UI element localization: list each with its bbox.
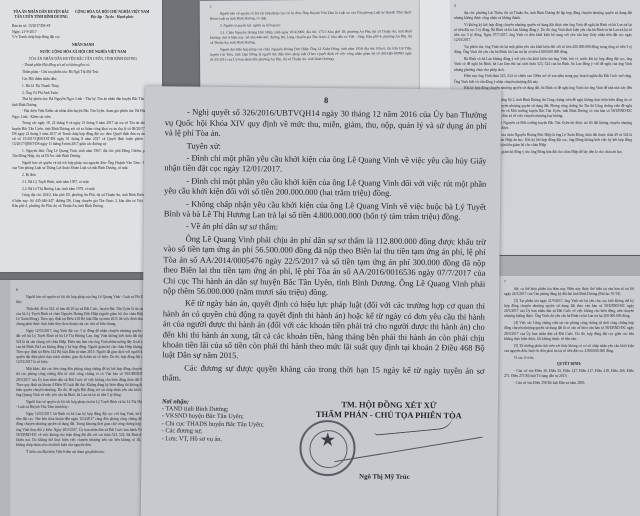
court-name: TÒA ÁN NHÂN DÂN HUYỆN BẮC TÂN UYÊN TỈNH … bbox=[12, 10, 70, 20]
national-heading: CỘNG HÒA XÃ HỘI CHỦ NGHĨA VIỆT NAM Độc l… bbox=[70, 10, 154, 20]
paragraph: Ý kiến của Đại diện Viện Kiểm sát tham g… bbox=[16, 450, 154, 455]
juror-2: 2. Ông Võ Phi Anh Tuấn. bbox=[12, 91, 154, 96]
case-subject: V/v Tranh chấp hợp đồng đặt cọc bbox=[12, 35, 154, 40]
in-name-subheading: NƯỚC CỘNG HÒA XÃ HỘI CHỦ NGHĨA VIỆT NAM bbox=[12, 50, 154, 55]
paragraph: địa chỉ: phường Lái Thiêu, thị xã Thuận … bbox=[454, 11, 632, 21]
court-fee-heading: - Về án phí dân sự sơ thẩm: bbox=[164, 222, 486, 236]
paragraph: Người đại diện hợp pháp của cháu Nguyễn … bbox=[210, 46, 412, 63]
underlying-page-edge bbox=[0, 280, 10, 516]
paragraph: Thửa đất 49 và 524, tờ bản đồ 20 tại xã … bbox=[16, 307, 154, 328]
plaintiff: 1. Nguyên đơn: Ông Lê Quang Vinh, sinh n… bbox=[12, 149, 154, 159]
juror-1: 1. Bà Lê Thị Thanh Thủy; bbox=[12, 84, 154, 89]
judgment-page-2: 2 Người bảo vệ quyền và lợi ích hợp pháp… bbox=[200, 0, 423, 101]
paragraph: 3. Người có quyền lợi, nghĩa vụ liên qua… bbox=[210, 22, 412, 29]
page-number: 8 bbox=[165, 94, 487, 108]
paragraph: [3] Tại phiên tòa ngày 21/9/2017, ông Vi… bbox=[504, 299, 634, 320]
presiding-judge: Thẩm phán - Chủ tọa phiên tòa: Bà Ngô Th… bbox=[12, 70, 154, 75]
recipient: - Lưu: VT, Hồ sơ vụ án. bbox=[162, 435, 292, 444]
judgment-page-6: 6 Người bảo vệ quyền và lợi ích hợp pháp… bbox=[0, 280, 158, 516]
paragraph: Người bảo vệ quyền và lợi ích hợp pháp c… bbox=[16, 400, 154, 410]
page-number: 2 bbox=[210, 3, 412, 10]
page-number: 6 bbox=[16, 288, 154, 293]
paragraph: thể, cụ thể hiệu phiên tòa hôm nay. Điều… bbox=[504, 287, 634, 297]
page-number: 3 bbox=[454, 4, 632, 9]
signatory: TM. HỘI ĐỒNG XÉT XỬ THẨM PHÁN - CHỦ TỌA … bbox=[294, 399, 484, 445]
paragraph: [4] Việc các Công chứng viên tại các phò… bbox=[504, 321, 634, 342]
court-full-name: TÒA ÁN NHÂN DÂN HUYỆN BẮC TÂN UYÊN, TỈNH… bbox=[12, 57, 154, 62]
prosecutor: - Đại diện Viện Kiểm sát nhân dân huyện … bbox=[12, 109, 154, 119]
case-meta: Bản án số: 15/2017/DS-ST Ngày: 21-9-2017… bbox=[12, 24, 154, 40]
paragraph: Ngày 12/01/2017, bà Bình và bà Lan ký hợ… bbox=[16, 412, 154, 448]
defendant-label: 2. Bị đơn: bbox=[12, 173, 154, 178]
page-number: 7 bbox=[504, 280, 634, 285]
signature-stroke bbox=[334, 436, 482, 461]
star-icon: ★ bbox=[321, 436, 335, 446]
paragraph: - Căn cứ vào Điều 358 Bộ luật Dân sự năm… bbox=[504, 381, 634, 386]
judgment-page-1: TÒA ÁN NHÂN DÂN HUYỆN BẮC TÂN UYÊN TỈNH … bbox=[0, 0, 162, 272]
signature-block: Nơi nhận: - TAND tỉnh Bình Dương; - VKSN… bbox=[162, 398, 484, 446]
hearing-info: Trong các ngày 18, 22 tháng 8 và ngày 21… bbox=[12, 121, 154, 147]
plaintiff-representative: Người bảo vệ quyền và lợi ích hợp pháp c… bbox=[12, 161, 154, 171]
suspend-claim-2: - Đình chỉ một phần yêu cầu khởi kiện củ… bbox=[164, 176, 486, 200]
paragraph: Người bảo vệ quyền và lợi ích hợp pháp c… bbox=[16, 295, 154, 305]
page-header: TÒA ÁN NHÂN DÂN HUYỆN BẮC TÂN UYÊN TỈNH … bbox=[12, 10, 154, 20]
defendant-address: Cùng địa chỉ: 204/2, khu phố 1B, phường … bbox=[12, 193, 154, 209]
decision-heading: QUYẾT ĐỊNH: bbox=[504, 362, 634, 367]
paragraph: Người bảo vệ quyền và lợi ích hợp pháp c… bbox=[210, 10, 412, 22]
jurors-label: Các Hội thẩm nhân dân: bbox=[12, 77, 154, 82]
resolution-paragraph: - Nghị quyết số 326/2016/UBTVQH14 ngày 3… bbox=[165, 108, 487, 143]
court-clerk: Thư ký phiên tòa: Bà Nguyễn Ngọc Linh - … bbox=[12, 97, 154, 107]
paragraph: Bà Bình và bà Lan không đồng ý với yêu c… bbox=[454, 57, 632, 73]
paragraph: [5] Từ những phân tích trên xét thấy khô… bbox=[504, 344, 634, 354]
judgment-page-8: 8 - Nghị quyết số 326/2016/UBTVQH14 ngày… bbox=[141, 86, 502, 516]
paragraph: Ngày 12/01/2017, ông Vinh đặt cọc 5 tỷ đ… bbox=[16, 329, 154, 365]
paragraph: Hiện nay ông Vinh thửa 523, 524 có chiều… bbox=[454, 74, 632, 84]
recipients-list: Nơi nhận: - TAND tỉnh Bình Dương; - VKSN… bbox=[162, 398, 292, 444]
paragraph: 3.1. Cháu Nguyễn Hoàng Đức Hiệp, sinh ng… bbox=[210, 29, 412, 46]
court-seal-icon: ★ bbox=[299, 419, 356, 476]
verdict-heading: Tuyên xử: bbox=[165, 141, 487, 155]
reject-claim: - Không chấp nhận yêu cầu khởi kiện của … bbox=[164, 199, 486, 223]
paragraph: Vì các lẽ trên, bbox=[504, 356, 634, 361]
enforcement-paragraph: Kể từ ngày bản án, quyết định có hiệu lự… bbox=[162, 299, 485, 365]
court-fee-paragraph: Ông Lê Quang Vinh phải chịu án phí dân s… bbox=[163, 234, 486, 300]
appeal-paragraph: Các đương sự được quyền kháng cáo trong … bbox=[162, 363, 484, 387]
defendant-2: 2.2. Bà Lê Thị Hương Lan, sinh năm 1979,… bbox=[12, 187, 154, 192]
panel-composition: - Thành phần Hội đồng xét xử sơ thẩm gồm… bbox=[12, 63, 154, 68]
judgment-page-7: 7 thể, cụ thể hiệu phiên tòa hôm nay. Đi… bbox=[490, 256, 640, 516]
paragraph: Mặt khác, khi các bên cùng đến phòng côn… bbox=[16, 367, 154, 398]
paragraph: Tại phiên tòa, ông Vinh rút lại một phần… bbox=[454, 45, 632, 55]
paragraph: - Căn cứ vào Điều 26, Điều 35, Điều 147,… bbox=[504, 369, 634, 379]
signer-name: Ngô Thị Mỹ Trúc bbox=[359, 472, 410, 483]
defendant-1: 2.1. Bà Lý Tuyết Bình, sinh năm 1957, có… bbox=[12, 180, 154, 185]
in-name-heading: NHÂN DANH bbox=[12, 43, 154, 48]
paragraph: Vì không ký kết hợp đồng chuyển nhượng q… bbox=[454, 23, 632, 44]
overlapping-page-shadow bbox=[490, 256, 640, 276]
suspend-claim-1: - Đình chỉ một phần yêu cầu khởi kiện củ… bbox=[164, 153, 486, 177]
motto: Độc lập - Tự do - Hạnh phúc bbox=[70, 15, 154, 20]
